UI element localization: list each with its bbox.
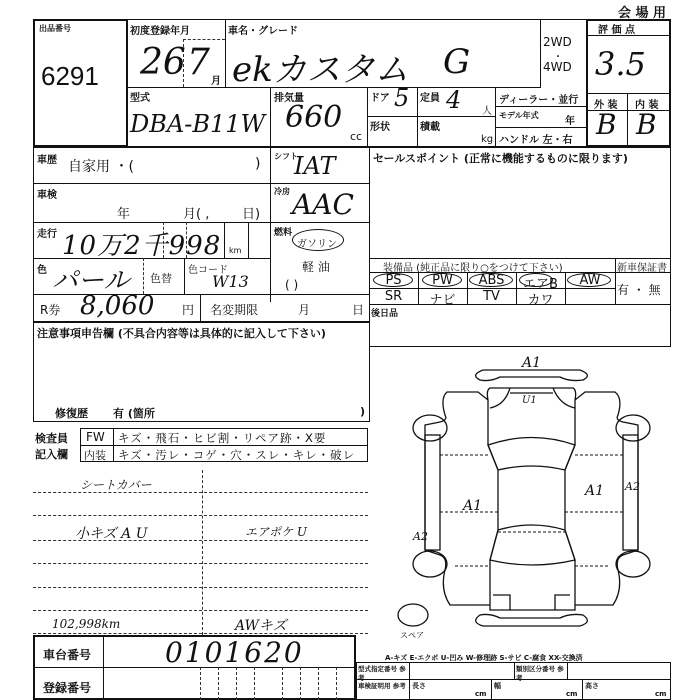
vehicle-grade: G (443, 42, 470, 82)
month-unit: 月 (211, 72, 221, 87)
lot-number-label: 出品番号 (39, 23, 71, 34)
score-label: 評 価 点 (598, 21, 635, 36)
warranty-value: 有 ・ 無 (617, 281, 661, 298)
name-change-month: 月 (298, 301, 310, 318)
name-change-label: 名変期限 (210, 301, 258, 318)
car-damage-diagram (365, 330, 700, 630)
width-label: 幅 (494, 681, 501, 691)
capacity: 4 (446, 86, 461, 114)
inspection-day: 日) (242, 203, 260, 222)
equip-abs[interactable]: ABS (467, 273, 516, 288)
load-unit: kg (481, 134, 493, 145)
equip-pw[interactable]: PW (418, 273, 467, 288)
dims-label: 車検証明用 参考 (358, 681, 408, 690)
handle-label: ハンドル 左・右 (499, 131, 572, 146)
recycle-label: R券 (40, 301, 60, 318)
fw-label: FW (86, 430, 105, 444)
fw-items: キズ・飛石・ヒビ割・リペア跡・X要 (118, 430, 326, 446)
mark-right-doors: A1 (585, 483, 604, 499)
sales-point-box (369, 147, 671, 347)
fuel-other: ( ) (285, 278, 298, 292)
mileage-value: 10万2千998 (62, 225, 221, 262)
model-code: DBA-B11W (130, 110, 265, 138)
equipment-label: 装備品 (純正品に限り○をつけて下さい) (383, 259, 563, 274)
caution-label: 注意事項申告欄 (不具合内容等は具体的に記入して下さい) (37, 325, 326, 341)
repair-label: 修復歴 (55, 405, 88, 421)
inspector-label-1: 検査員 (35, 430, 68, 446)
interior-inspect-label: 内装 (84, 447, 106, 463)
later-items-label: 後日品 (371, 306, 398, 319)
color-change-label: 色替 (150, 270, 172, 286)
inspector-label-2: 記入欄 (35, 446, 68, 462)
lot-number: 6291 (41, 61, 99, 92)
fuel-gasoline: ガソリン (297, 235, 337, 250)
interior-items: キズ・汚レ・コゲ・穴・スレ・キレ・破レ (118, 447, 355, 463)
width-unit: cm (566, 690, 577, 698)
chassis-value: 0101620 (165, 636, 304, 669)
height-unit: cm (655, 690, 666, 698)
door-label: ドア (370, 89, 390, 104)
score-value: 3.5 (595, 45, 646, 83)
name-change-day: 日 (352, 301, 364, 318)
exterior-grade: B (596, 108, 617, 141)
mark-hood: U1 (522, 395, 537, 406)
model-code-label: 型式 (130, 89, 150, 104)
reg-year: 26 (140, 42, 186, 83)
spare-label: スペア (400, 630, 424, 641)
note-left-1: シートカバー (80, 476, 152, 493)
displacement: 660 (285, 100, 342, 135)
recycle-unit: 円 (182, 301, 194, 318)
note-right-5: AWキズ (235, 615, 287, 635)
color-label: 色 (37, 261, 47, 276)
inspection-year: 年 (117, 203, 130, 222)
displacement-unit: cc (350, 130, 362, 143)
reg-number-label: 登録番号 (43, 679, 91, 696)
length-label: 長さ (412, 681, 426, 691)
height-label: 高さ (585, 681, 599, 691)
mark-left-sill: A2 (413, 530, 428, 543)
recycle-amount: 8,060 (80, 291, 154, 321)
vehicle-name: ekカスタム (232, 42, 409, 91)
load-label: 積載 (420, 118, 440, 133)
model-year-label: モデル年式 (499, 110, 539, 121)
length-unit: cm (475, 690, 486, 698)
color-code: W13 (212, 272, 249, 291)
sales-point-label: セールスポイント (正常に機能するものに限ります) (373, 150, 628, 166)
fuel-label: 燃料 (274, 225, 292, 238)
warranty-label: 新車保証書 (617, 259, 667, 274)
model-year-unit: 年 (565, 112, 575, 127)
ac-label: 冷房 (274, 186, 290, 197)
drive-2wd: 2WD (543, 35, 572, 49)
history-value: 自家用 ・( (68, 156, 134, 176)
shape-label: 形状 (370, 118, 390, 133)
type-designation-label: 型式指定番号 参考 (358, 664, 408, 682)
inspection-month: 月( , (183, 203, 209, 222)
mark-left-doors: A1 (463, 498, 482, 514)
equip-sr[interactable]: SR (369, 289, 418, 304)
note-left-5: 102,998km (52, 617, 120, 631)
mark-right-sill: A2 (625, 480, 640, 493)
fuel-diesel: 軽 油 (302, 258, 330, 275)
capacity-label: 定員 (420, 89, 440, 104)
ac-value: AAC (292, 188, 354, 221)
note-right-2: エアポケ U (245, 523, 307, 540)
doors: 5 (394, 84, 409, 112)
equip-tv[interactable]: TV (467, 289, 516, 304)
lot-number-box: 出品番号 6291 (33, 19, 128, 147)
repair-value: 有 (箇所 (113, 405, 155, 421)
mark-front-bumper: A1 (522, 355, 541, 371)
interior-grade: B (636, 108, 657, 141)
equip-aw[interactable]: AW (565, 273, 615, 288)
mileage-label: 走行 (37, 225, 57, 240)
mileage-unit: km (229, 246, 241, 255)
note-left-2: 小キズ A U (75, 523, 148, 543)
capacity-unit: 人 (482, 102, 492, 117)
drive-4wd: 4WD (543, 60, 572, 74)
inspection-label: 車検 (37, 186, 57, 201)
equip-leather[interactable]: カワ (516, 289, 565, 308)
chassis-label: 車台番号 (43, 646, 91, 663)
history-label: 車歴 (37, 151, 57, 166)
equip-navi[interactable]: ナビ (418, 289, 467, 308)
reg-month: 7 (187, 42, 210, 83)
name-grade-label: 車名・グレード (228, 22, 298, 37)
shift-value: IAT (294, 152, 336, 180)
equip-ps[interactable]: PS (369, 273, 418, 288)
history-close: ) (255, 156, 260, 172)
first-reg-label: 初度登録年月 (130, 22, 190, 37)
class-label: 類別区分番号 参考 (516, 664, 566, 682)
dealer-label: ディーラー・並行 (499, 91, 578, 106)
